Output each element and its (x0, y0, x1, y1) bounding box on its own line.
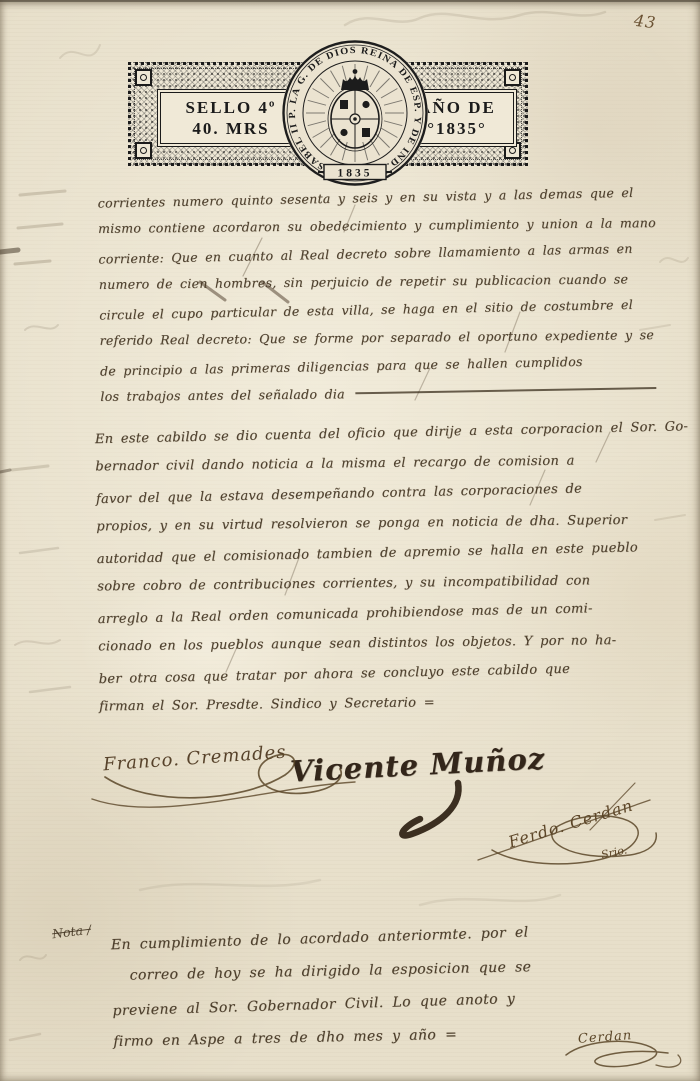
manuscript-page: 43 SELLO 4º 40. MRS AÑO DE °1835° ISABEL… (0, 0, 700, 1081)
bottom-note-paragraph: En cumplimiento de lo acordado anteriorm… (110, 916, 588, 1060)
cremades-rubric (105, 754, 341, 797)
cerdan-upstroke (590, 783, 635, 830)
munoz-tail (402, 783, 458, 836)
stamp-corner-ornament (135, 69, 152, 86)
body-paragraph-1: corrientes numero quinto sesenta y seis … (97, 180, 656, 412)
body-paragraph-2: En este cabildo se dio cuenta del oficio… (95, 415, 660, 724)
cerdan-rubric (492, 816, 656, 864)
royal-seal-graphic: ISABEL II P. LA G. DE DIOS REINA DE ESP.… (280, 38, 430, 188)
seal-year-text: 1835 (338, 168, 373, 180)
stamp-mrs-label: 40. MRS (192, 118, 269, 139)
stamp-year-label: °1835° (427, 118, 487, 139)
closing-rubric-flourish (556, 1025, 696, 1081)
stamp-corner-ornament (504, 69, 521, 86)
manuscript-line-text: los trabajos antes del señalado dia (100, 380, 345, 411)
stamp-sello-label: SELLO 4º (185, 97, 276, 118)
royal-seal: ISABEL II P. LA G. DE DIOS REINA DE ESP.… (280, 38, 430, 188)
manuscript-line: los trabajos antes del señalado dia (100, 377, 656, 411)
stamp-corner-ornament (135, 142, 152, 159)
scan-top-edge (0, 0, 700, 2)
folio-number: 43 (633, 11, 658, 33)
closing-rule (355, 387, 656, 394)
signature-flourishes (90, 735, 670, 885)
seal-year-banner: 1835 (318, 165, 392, 180)
